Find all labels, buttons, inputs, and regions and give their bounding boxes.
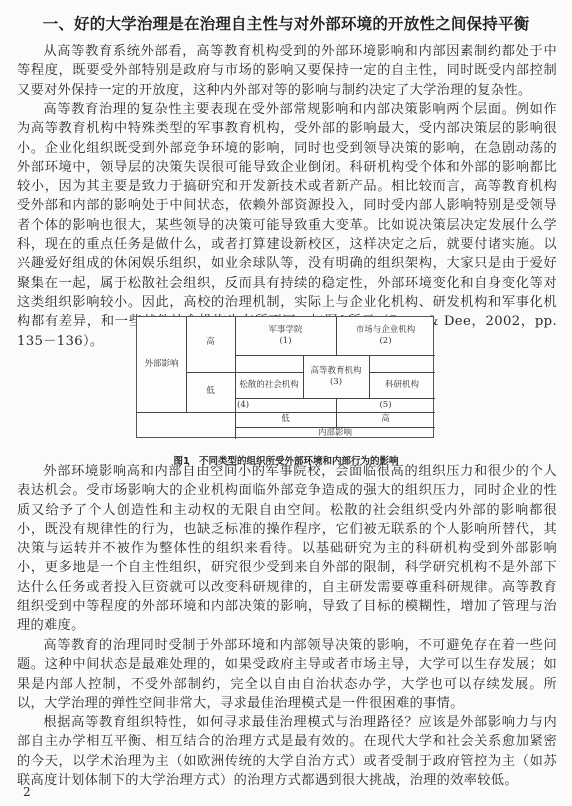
- section-title: 一、好的大学治理是在治理自主性与对外部环境的开放性之间保持平衡: [0, 12, 572, 34]
- col-label-low: 低: [235, 414, 336, 425]
- cell-military-name: 军事学院: [235, 325, 336, 336]
- page-number: 2: [23, 785, 31, 799]
- cell-loose-social-name: 松散的社会机构: [235, 380, 303, 391]
- col-label-high: 高: [336, 414, 435, 425]
- cell-market-name: 市场与企业机构: [336, 325, 435, 336]
- paragraph-3: 外部环境影响高和内部自由空间小的军事院校，会面临很高的组织压力和很少的个人表达机…: [17, 462, 557, 636]
- cell-higher-ed-name: 高等教育机构: [303, 366, 369, 377]
- figure-1-table: 外部影响 高 低 军事学院 (1) 市场与企业机构 (2) 高等教育机构 (3)…: [136, 316, 434, 438]
- paragraph-2: 高等教育治理的复杂性主要表现在受外部常规影响和内部决策影响两个层面。例如作为高等…: [17, 100, 557, 351]
- row-label-high: 高: [186, 337, 235, 348]
- paragraph-4: 高等教育的治理同时受制于外部环境和内部领导决策的影响，不可避免存在着一些问题。这…: [17, 636, 557, 713]
- cell-higher-ed-num: (3): [303, 377, 369, 388]
- row-header-external: 外部影响: [137, 359, 186, 370]
- cell-research-name: 科研机构: [369, 380, 435, 391]
- cell-loose-social-num: (4): [237, 400, 257, 411]
- col-header-internal: 内部影响: [235, 428, 435, 439]
- cell-market-num: (2): [336, 336, 435, 347]
- paragraph-1: 从高等教育系统外部看，高等教育机构受到的外部环境影响和内部因素制约都处于中等程度…: [17, 42, 557, 100]
- row-label-low: 低: [186, 386, 235, 397]
- paragraph-5: 根据高等教育组织特性，如何寻求最佳治理模式与治理路径？应该是外部影响力与内部自主…: [17, 713, 557, 790]
- cell-military-num: (1): [235, 336, 336, 347]
- cell-research-num: (5): [336, 400, 435, 411]
